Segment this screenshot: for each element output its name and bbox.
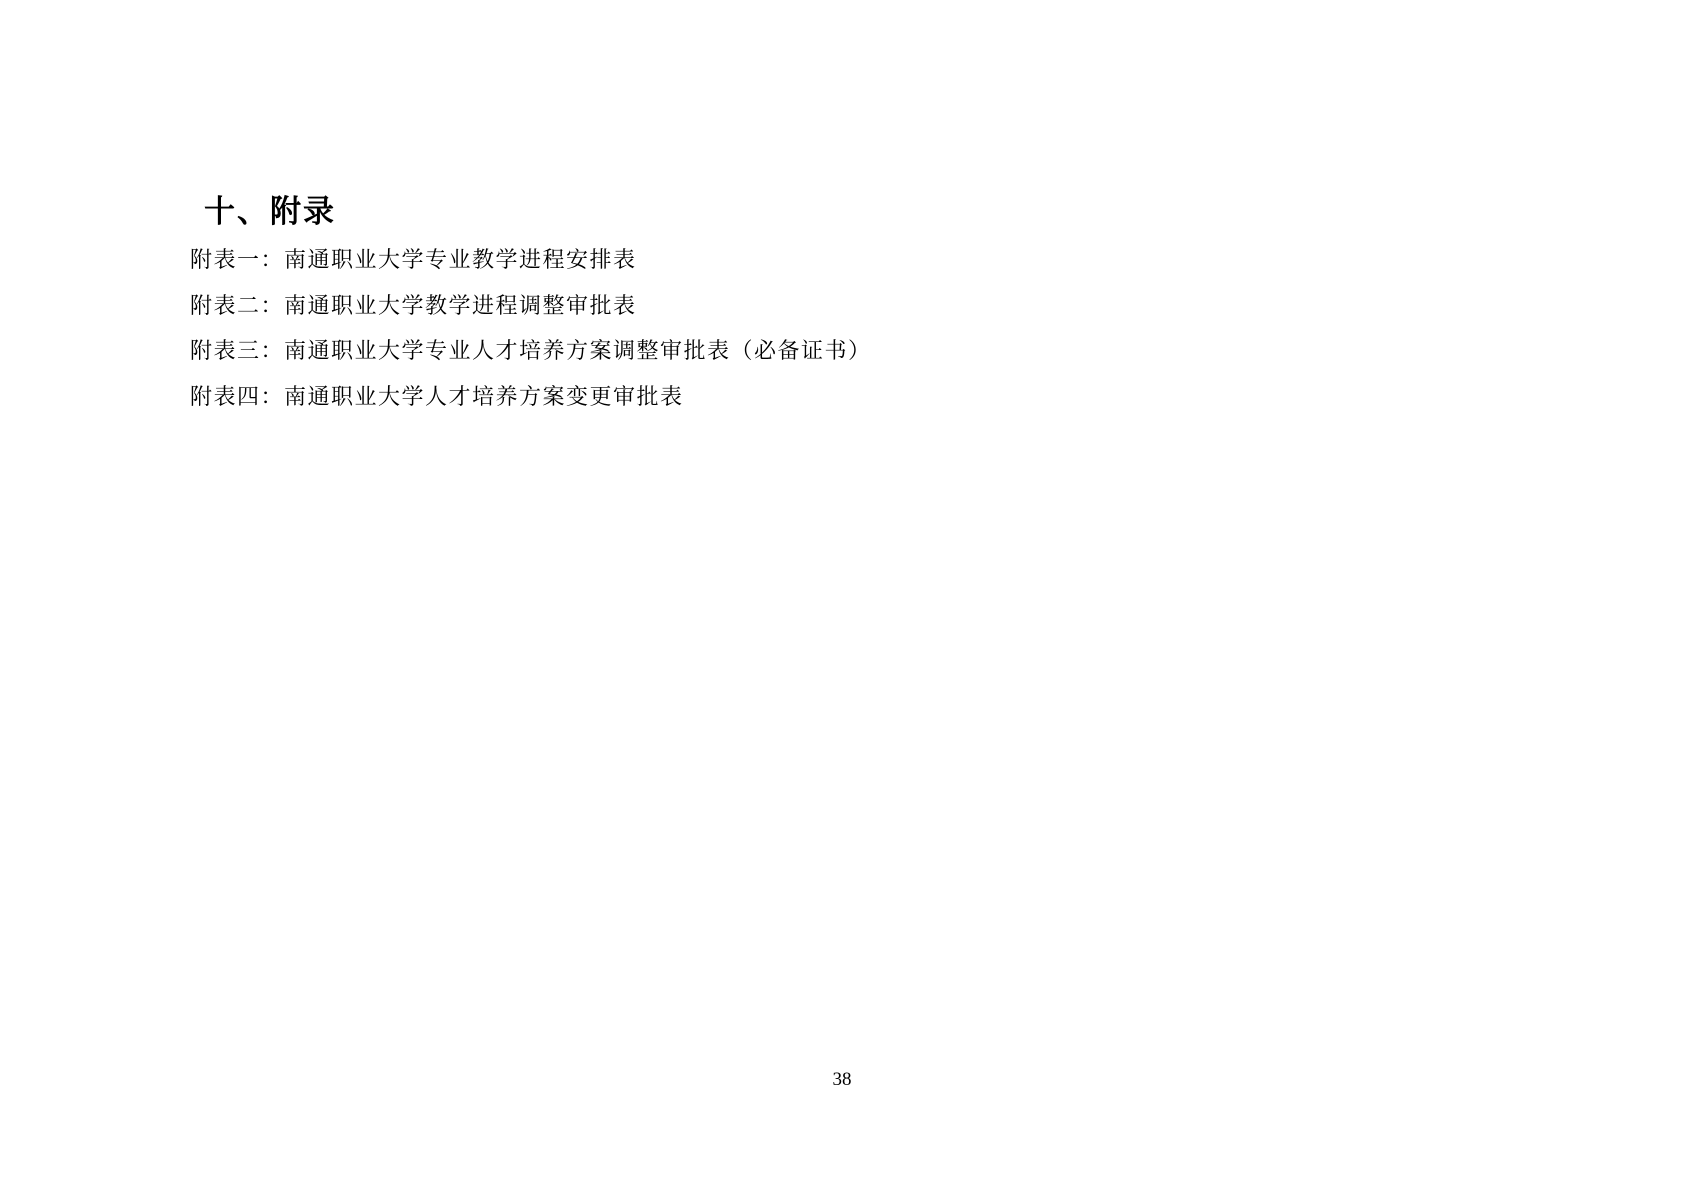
page-number: 38 xyxy=(0,1069,1684,1091)
appendix-item-4: 附表四：南通职业大学人才培养方案变更审批表 xyxy=(190,374,872,420)
document-page: 十、附录 附表一：南通职业大学专业教学进程安排表 附表二：南通职业大学教学进程调… xyxy=(0,0,1684,1191)
appendix-item-1: 附表一：南通职业大学专业教学进程安排表 xyxy=(190,237,872,283)
appendix-item-3: 附表三：南通职业大学专业人才培养方案调整审批表（必备证书） xyxy=(190,328,872,374)
appendix-item-2: 附表二：南通职业大学教学进程调整审批表 xyxy=(190,283,872,329)
section-heading: 十、附录 xyxy=(204,193,336,231)
appendix-list: 附表一：南通职业大学专业教学进程安排表 附表二：南通职业大学教学进程调整审批表 … xyxy=(190,237,872,419)
